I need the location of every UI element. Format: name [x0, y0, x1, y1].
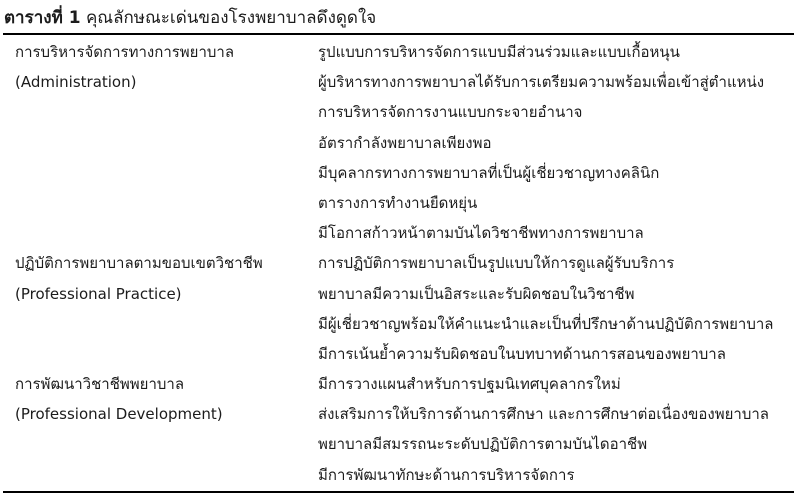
items-cell: มีการวางแผนสำหรับการปฐมนิเทศบุคลากรใหม่ส…: [318, 369, 797, 490]
table-bottom-rule: [3, 491, 794, 493]
characteristics-table: การบริหารจัดการทางการพยาบาล(Administrati…: [0, 35, 797, 491]
characteristic-item: ส่งเสริมการให้บริการด้านการศึกษา และการศ…: [318, 399, 797, 429]
characteristic-item: พยาบาลมีสมรรถนะระดับปฏิบัติการตามบันไดอา…: [318, 429, 797, 459]
characteristic-item: มีการเน้นย้ำความรับผิดชอบในบทบาทด้านการส…: [318, 339, 797, 369]
characteristic-item: มีผู้เชี่ยวชาญพร้อมให้คำแนะนำและเป็นที่ป…: [318, 309, 797, 339]
items-cell: รูปแบบการบริหารจัดการแบบมีส่วนร่วมและแบบ…: [318, 37, 797, 248]
characteristic-item: ตารางการทำงานยืดหยุ่น: [318, 188, 797, 218]
table-number-label: ตารางที่ 1: [4, 8, 81, 28]
category-name-english: (Administration): [15, 67, 318, 97]
characteristic-item: ผู้บริหารทางการพยาบาลได้รับการเตรียมความ…: [318, 67, 797, 97]
characteristic-item: อัตรากำลังพยาบาลเพียงพอ: [318, 128, 797, 158]
document-page: ตารางที่ 1 คุณลักษณะเด่นของโรงพยาบาลดึงด…: [0, 0, 797, 496]
table-title-text: คุณลักษณะเด่นของโรงพยาบาลดึงดูดใจ: [86, 8, 376, 28]
items-cell: การปฏิบัติการพยาบาลเป็นรูปแบบให้การดูแลผ…: [318, 248, 797, 369]
category-cell: ปฏิบัติการพยาบาลตามขอบเขตวิชาชีพ(Profess…: [0, 248, 318, 308]
characteristic-item: รูปแบบการบริหารจัดการแบบมีส่วนร่วมและแบบ…: [318, 37, 797, 67]
characteristic-item: มีบุคลากรทางการพยาบาลที่เป็นผู้เชี่ยวชาญ…: [318, 158, 797, 188]
category-name-thai: การพัฒนาวิชาชีพพยาบาล: [15, 369, 318, 399]
category-name-english: (Professional Development): [15, 399, 318, 429]
characteristic-item: มีการพัฒนาทักษะด้านการบริหารจัดการ: [318, 460, 797, 490]
category-cell: การบริหารจัดการทางการพยาบาล(Administrati…: [0, 37, 318, 97]
category-name-thai: การบริหารจัดการทางการพยาบาล: [15, 37, 318, 67]
table-section-row: ปฏิบัติการพยาบาลตามขอบเขตวิชาชีพ(Profess…: [0, 248, 797, 369]
characteristic-item: มีโอกาสก้าวหน้าตามบันไดวิชาชีพทางการพยาบ…: [318, 218, 797, 248]
characteristic-item: การปฏิบัติการพยาบาลเป็นรูปแบบให้การดูแลผ…: [318, 248, 797, 278]
table-section-row: การพัฒนาวิชาชีพพยาบาล(Professional Devel…: [0, 369, 797, 490]
table-section-row: การบริหารจัดการทางการพยาบาล(Administrati…: [0, 37, 797, 248]
table-caption: ตารางที่ 1 คุณลักษณะเด่นของโรงพยาบาลดึงด…: [0, 0, 797, 33]
category-name-english: (Professional Practice): [15, 279, 318, 309]
characteristic-item: การบริหารจัดการงานแบบกระจายอำนาจ: [318, 97, 797, 127]
category-cell: การพัฒนาวิชาชีพพยาบาล(Professional Devel…: [0, 369, 318, 429]
characteristic-item: มีการวางแผนสำหรับการปฐมนิเทศบุคลากรใหม่: [318, 369, 797, 399]
characteristic-item: พยาบาลมีความเป็นอิสระและรับผิดชอบในวิชาช…: [318, 279, 797, 309]
category-name-thai: ปฏิบัติการพยาบาลตามขอบเขตวิชาชีพ: [15, 248, 318, 278]
